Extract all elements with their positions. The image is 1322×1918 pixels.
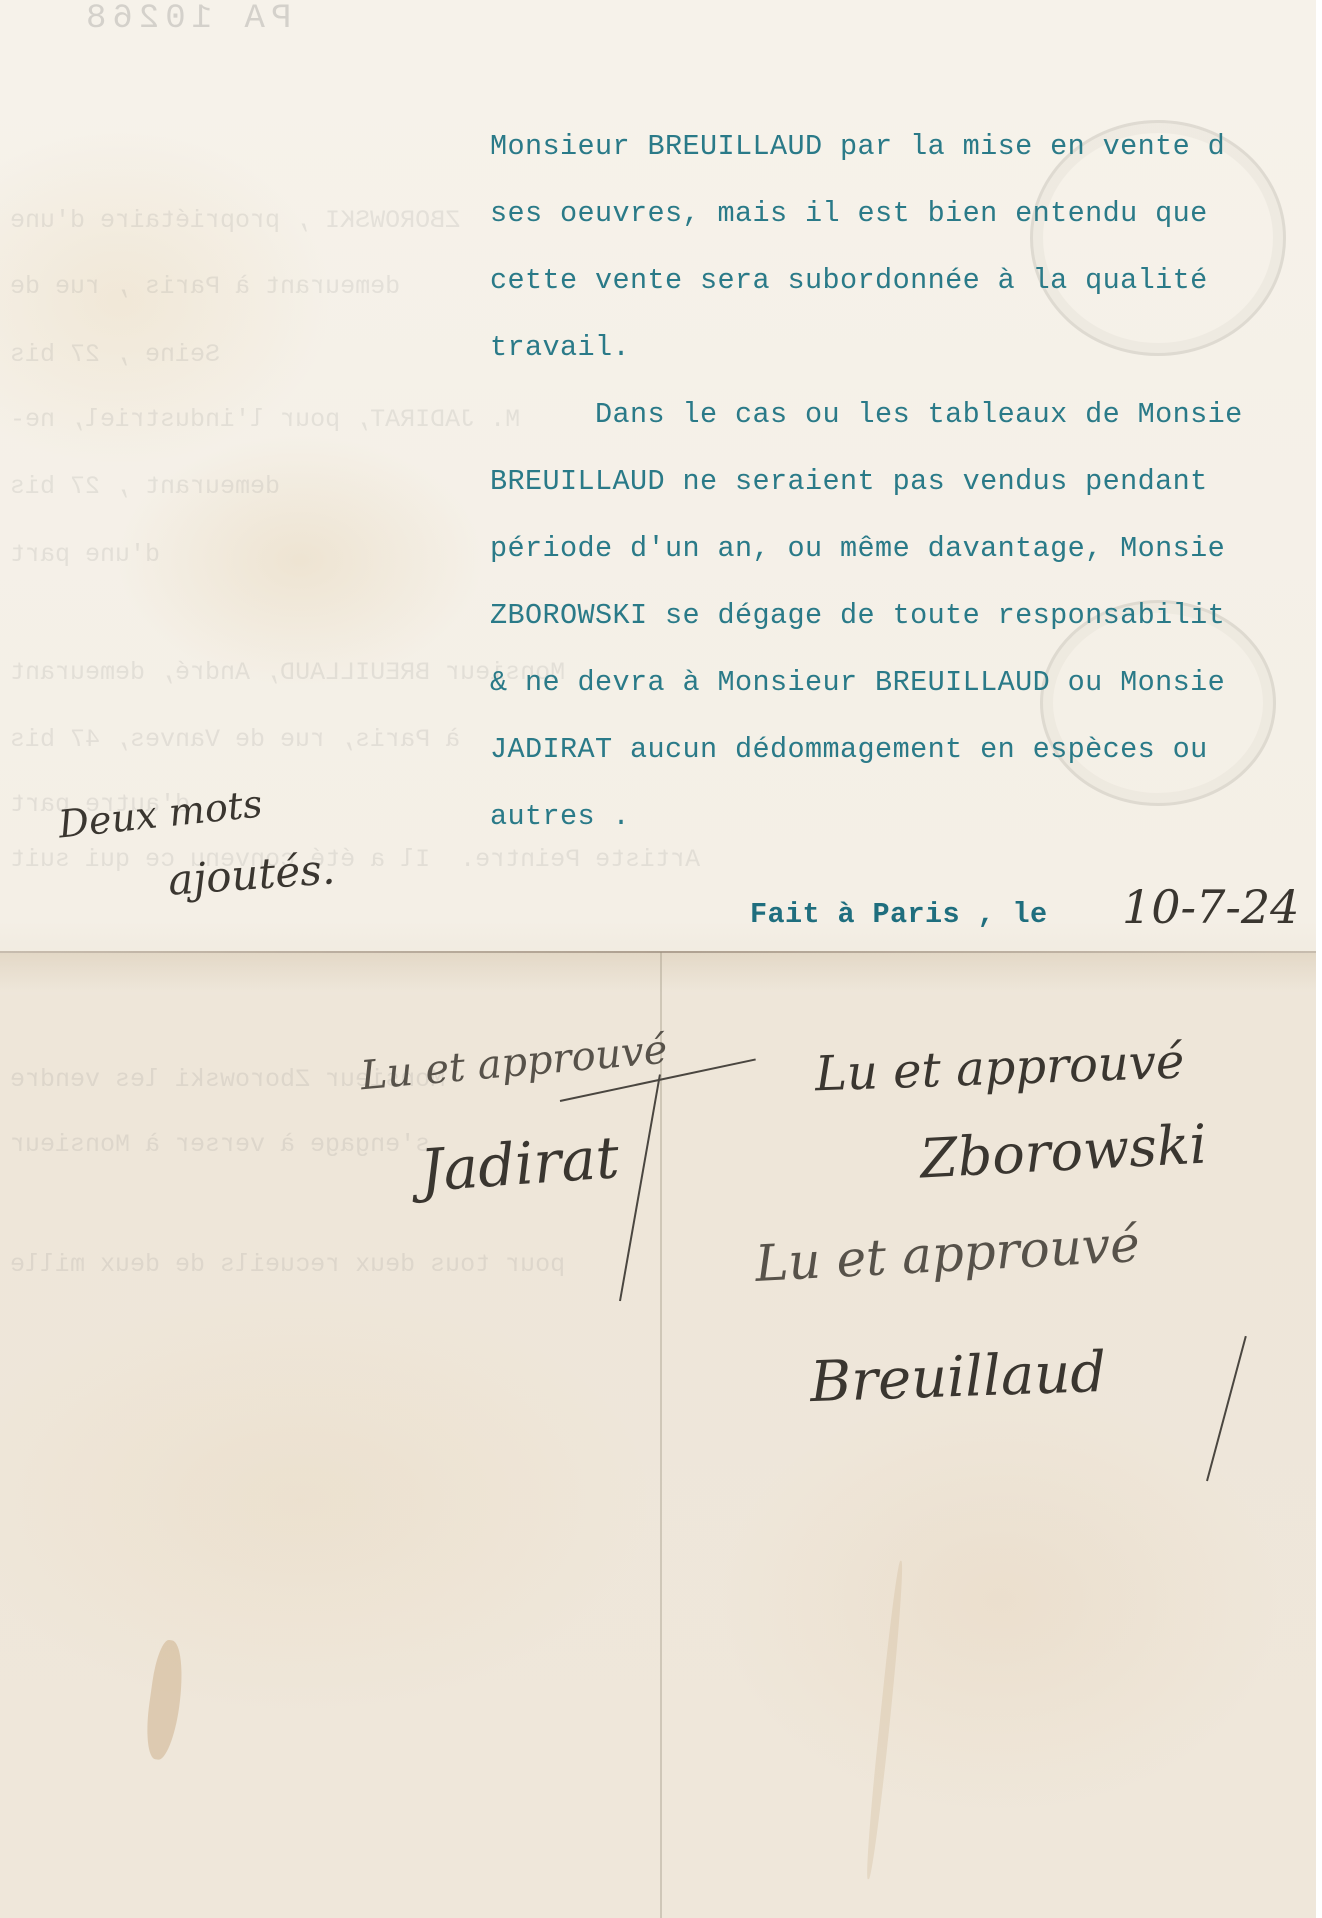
typed-line-2: ses oeuvres, mais il est bien entendu qu… xyxy=(490,197,1322,230)
show-through-text: s'engage à verser à Monsieur xyxy=(10,1130,475,1159)
signature-breuillaud: Breuillaud xyxy=(809,1340,1107,1415)
reference-stamp-ghost: PA 10268 xyxy=(80,0,291,38)
show-through-text: d'une part xyxy=(10,540,445,569)
vertical-fold xyxy=(660,952,662,1918)
show-through-text: pour tous deux recueils de deux mille xyxy=(10,1250,595,1279)
typed-line-6: BREUILLAUD ne seraient pas vendus pendan… xyxy=(490,465,1322,498)
show-through-text: à Paris, rue de Vanves, 47 bis xyxy=(10,725,535,754)
typed-line-11: autres . xyxy=(490,800,1322,833)
signature-jadirat: Jadirat xyxy=(418,1123,621,1205)
show-through-text: Artiste Peintre. Il a été convenu ce qui… xyxy=(10,845,700,874)
typed-line-4: travail. xyxy=(490,331,1322,364)
typed-line-1: Monsieur BREUILLAUD par la mise en vente… xyxy=(490,130,1322,163)
show-through-text: demeurant , 27 bis xyxy=(10,472,445,501)
typed-line-3: cette vente sera subordonnée à la qualit… xyxy=(490,264,1322,297)
horizontal-fold xyxy=(0,951,1316,953)
handwritten-date: 10-7-24 xyxy=(1122,880,1299,934)
typed-line-5: Dans le cas ou les tableaux de Monsie xyxy=(490,398,1322,431)
typed-line-7: période d'un an, ou même davantage, Mons… xyxy=(490,532,1322,565)
typed-line-9: & ne devra à Monsieur BREUILLAUD ou Mons… xyxy=(490,666,1322,699)
fold-shadow xyxy=(0,953,1316,993)
typed-line-8: ZBOROWSKI se dégage de toute responsabil… xyxy=(490,599,1322,632)
typed-line-10: JADIRAT aucun dédommagement en espèces o… xyxy=(490,733,1322,766)
